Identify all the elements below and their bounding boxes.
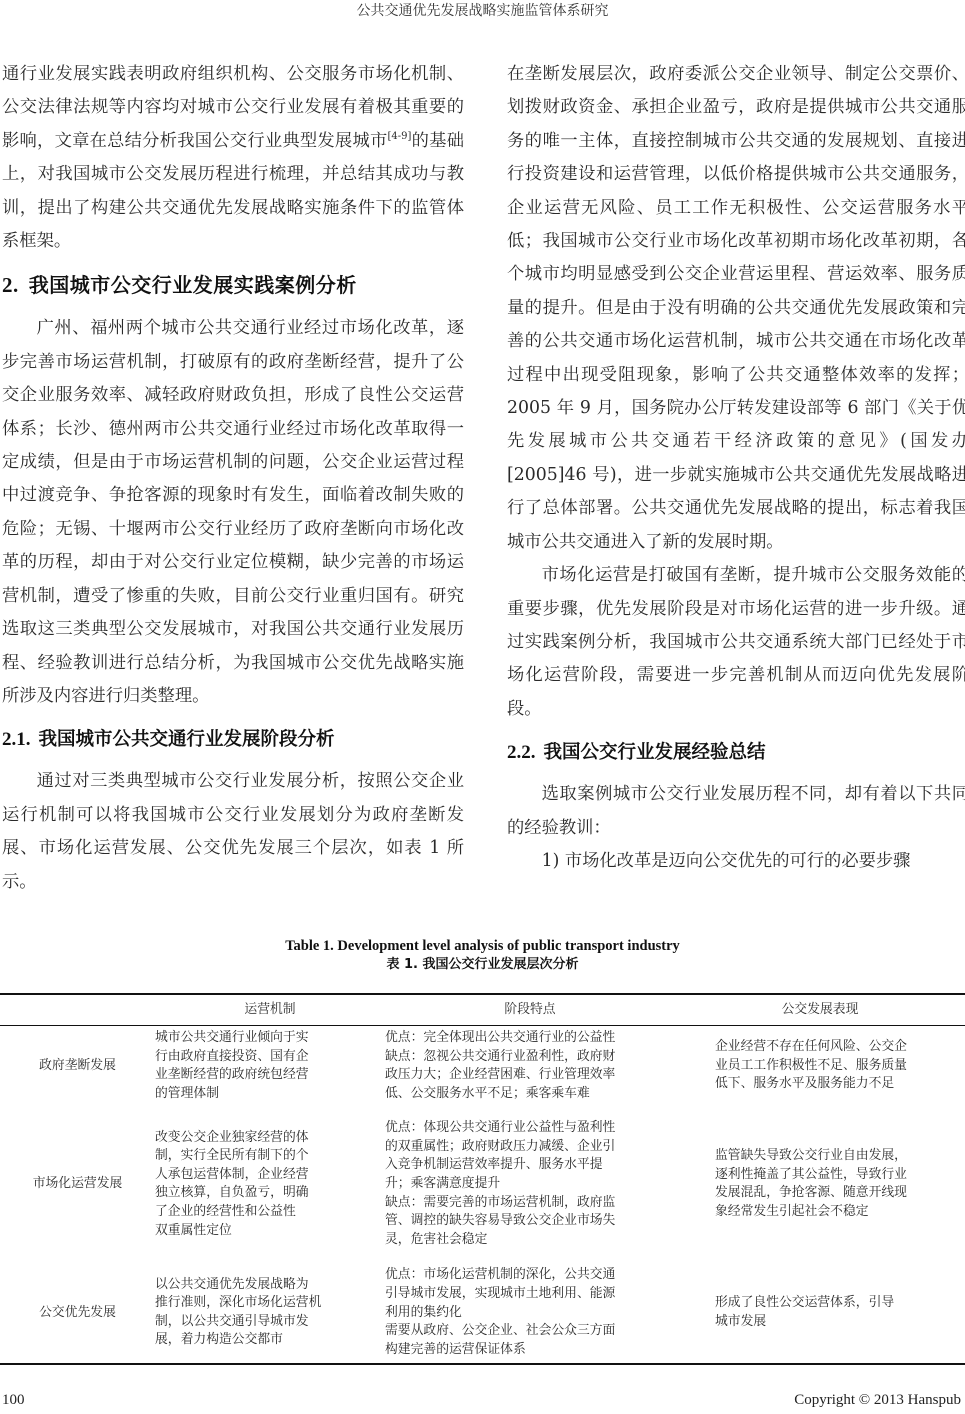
table-row: 公交优先发展 以公共交通优先发展战略为 推行准则，深化市场化运营机 制，以公共交…	[0, 1262, 965, 1364]
section-title: 我国公交行业发展经验总结	[544, 742, 766, 763]
section-title: 我国城市公交行业发展实践案例分析	[29, 273, 357, 297]
cell-stage: 政府垄断发展	[0, 1026, 155, 1107]
running-head: 公共交通优先发展战略实施监管体系研究	[0, 0, 965, 24]
cell-stage: 公交优先发展	[0, 1262, 155, 1364]
cell-text: 城市公共交通行业倾向于实 行由政府直接投资、国有企 业垄断经营的政府统包经营 的…	[155, 1029, 343, 1103]
table-caption-en: Table 1. Development level analysis of p…	[0, 937, 965, 955]
cell-mechanism: 改变公交企业独家经营的体 制，实行全民所有制下的个 人承包运营体制，企业经营 独…	[155, 1106, 385, 1262]
header-features: 阶段特点	[385, 994, 675, 1026]
cell-features: 优点：体现公共交通行业公益性与盈利性 的双重属性；政府财政压力减缓、企业引 入竞…	[385, 1106, 675, 1262]
section-number: 2.1.	[2, 729, 31, 750]
cell-performance: 企业经营不存在任何风险、公交企 业员工工作积极性不足、服务质量 低下、服务水平及…	[675, 1026, 965, 1107]
cell-performance: 监管缺失导致公交行业自由发展， 逐利性掩盖了其公益性，导致行业 发展混乱，争抢客…	[675, 1106, 965, 1262]
cell-text: 以公共交通优先发展战略为 推行准则，深化市场化运营机 制，以公共交通引导城市发 …	[155, 1276, 343, 1350]
cell-features: 优点：市场化运营机制的深化，公共交通 引导城市发展，实现城市土地利用、能源 利用…	[385, 1262, 675, 1364]
page-number: 100	[2, 1392, 25, 1409]
left-column: 通行业发展实践表明政府组织机构、公交服务市场化机制、公交法律法规等内容均对城市公…	[2, 58, 464, 899]
paragraph-monopoly: 在垄断发展层次，政府委派公交企业领导、制定公交票价、划拨财政资金、承担企业盈亏，…	[507, 58, 965, 559]
header-performance: 公交发展表现	[675, 994, 965, 1026]
cell-mechanism: 城市公共交通行业倾向于实 行由政府直接投资、国有企 业垄断经营的政府统包经营 的…	[155, 1026, 385, 1107]
section-number: 2.	[2, 273, 19, 297]
table-row: 政府垄断发展 城市公共交通行业倾向于实 行由政府直接投资、国有企 业垄断经营的政…	[0, 1026, 965, 1107]
copyright-notice: Copyright © 2013 Hanspub	[794, 1392, 961, 1409]
development-level-table: 运营机制 阶段特点 公交发展表现 政府垄断发展 城市公共交通行业倾向于实 行由政…	[0, 993, 965, 1365]
section-number: 2.2.	[507, 742, 536, 763]
paragraph-cases: 广州、福州两个城市公共交通行业经过市场化改革，逐步完善市场运营机制，打破原有的政…	[2, 312, 464, 713]
table-row: 市场化运营发展 改变公交企业独家经营的体 制，实行全民所有制下的个 人承包运营体…	[0, 1106, 965, 1262]
cell-features: 优点：完全体现出公共交通行业的公益性 缺点：忽视公共交通行业盈利性，政府财 政压…	[385, 1026, 675, 1107]
section-heading-2-1: 2.1.我国城市公共交通行业发展阶段分析	[2, 727, 464, 753]
section-title: 我国城市公共交通行业发展阶段分析	[39, 729, 335, 750]
cell-text: 优点：体现公共交通行业公益性与盈利性 的双重属性；政府财政压力减缓、企业引 入竞…	[385, 1119, 660, 1249]
section-heading-2-2: 2.2.我国公交行业发展经验总结	[507, 740, 965, 766]
cell-performance: 形成了良性公交运营体系，引导 城市发展	[675, 1262, 965, 1364]
citation-ref[interactable]: [4-9]	[388, 131, 412, 142]
section-heading-2: 2.我国城市公交行业发展实践案例分析	[2, 272, 464, 298]
cell-text: 优点：完全体现出公共交通行业的公益性 缺点：忽视公共交通行业盈利性，政府财 政压…	[385, 1029, 660, 1103]
table-caption-zh: 表 1. 我国公交行业发展层次分析	[0, 955, 965, 975]
cell-text: 优点：市场化运营机制的深化，公共交通 引导城市发展，实现城市土地利用、能源 利用…	[385, 1266, 660, 1359]
table-caption: Table 1. Development level analysis of p…	[0, 937, 965, 975]
cell-stage: 市场化运营发展	[0, 1106, 155, 1262]
list-item-1: 1) 市场化改革是迈向公交优先的可行的必要步骤	[507, 845, 965, 878]
header-stage	[0, 994, 155, 1026]
page-footer: 100 Copyright © 2013 Hanspub	[0, 1392, 965, 1412]
paragraph-intro: 通行业发展实践表明政府组织机构、公交服务市场化机制、公交法律法规等内容均对城市公…	[2, 58, 464, 258]
paragraph-stages: 通过对三类典型城市公交行业发展分析，按照公交企业运行机制可以将我国城市公交行业发…	[2, 765, 464, 899]
cell-text: 改变公交企业独家经营的体 制，实行全民所有制下的个 人承包运营体制，企业经营 独…	[155, 1129, 343, 1241]
header-mechanism: 运营机制	[155, 994, 385, 1026]
cell-text: 形成了良性公交运营体系，引导 城市发展	[715, 1294, 955, 1331]
paragraph-market: 市场化运营是打破国有垄断，提升城市公交服务效能的重要步骤，优先发展阶段是对市场化…	[507, 559, 965, 726]
cell-mechanism: 以公共交通优先发展战略为 推行准则，深化市场化运营机 制，以公共交通引导城市发 …	[155, 1262, 385, 1364]
cell-text: 监管缺失导致公交行业自由发展， 逐利性掩盖了其公益性，导致行业 发展混乱，争抢客…	[715, 1147, 955, 1221]
right-column: 在垄断发展层次，政府委派公交企业领导、制定公交票价、划拨财政资金、承担企业盈亏，…	[507, 58, 965, 878]
table-header-row: 运营机制 阶段特点 公交发展表现	[0, 994, 965, 1026]
cell-text: 企业经营不存在任何风险、公交企 业员工工作积极性不足、服务质量 低下、服务水平及…	[715, 1038, 955, 1094]
paragraph-lessons: 选取案例城市公交行业发展历程不同，却有着以下共同的经验教训：	[507, 778, 965, 845]
